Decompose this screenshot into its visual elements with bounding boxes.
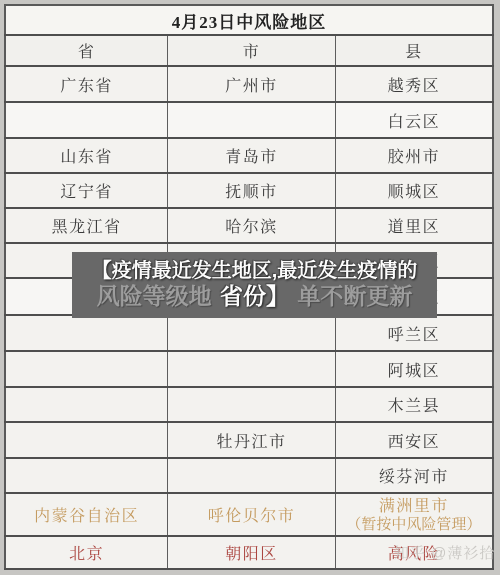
table-row: 木兰县 <box>5 387 493 422</box>
table-row: 黑龙江省 哈尔滨 道里区 <box>5 208 493 243</box>
county-name: 满洲里市 <box>336 497 492 517</box>
page-title: 4月23日中风险地区 <box>5 5 493 35</box>
caption-line2: 风险等级地 省份】 单不断更新 <box>97 283 413 311</box>
table-header-row: 省 市 县 <box>5 35 493 66</box>
cell-county: 越秀区 <box>335 66 493 102</box>
caption-line1: 【疫情最近发生地区,最近发生疫情的 <box>92 260 418 283</box>
table-row-inner-mongolia: 内蒙谷自治区 呼伦贝尔市 满洲里市 （暂按中风险管理） <box>5 493 493 536</box>
county-risk-note: （暂按中风险管理） <box>336 517 492 534</box>
table-row: 阿城区 <box>5 351 493 387</box>
caption-white: 省份】 <box>220 283 289 309</box>
table-row: 呼兰区 <box>5 315 493 351</box>
cell-province: 内蒙谷自治区 <box>5 493 168 536</box>
cell-county: 绥芬河市 <box>335 458 493 493</box>
caption-gray-left: 风险等级地 <box>97 283 212 309</box>
table-row: 绥芬河市 <box>5 458 493 493</box>
cell-province: 广东省 <box>5 66 168 102</box>
cell-province: 黑龙江省 <box>5 208 168 243</box>
column-header-county: 县 <box>335 35 493 66</box>
table-row: 山东省 青岛市 胶州市 <box>5 138 493 173</box>
cell-county: 呼兰区 <box>335 315 493 351</box>
cell-county: 阿城区 <box>335 351 493 387</box>
cell-province: 辽宁省 <box>5 173 168 208</box>
cell-province <box>5 387 168 422</box>
cell-province <box>5 102 168 138</box>
table-row: 牡丹江市 西安区 <box>5 422 493 458</box>
cell-province <box>5 458 168 493</box>
cell-city <box>168 387 336 422</box>
cell-county: 满洲里市 （暂按中风险管理） <box>335 493 493 536</box>
title-row: 4月23日中风险地区 <box>5 5 493 35</box>
caption-overlay: 【疫情最近发生地区,最近发生疫情的 风险等级地 省份】 单不断更新 <box>72 252 437 318</box>
cell-province <box>5 422 168 458</box>
caption-gray-right: 单不断更新 <box>297 283 412 309</box>
cell-city: 抚顺市 <box>168 173 336 208</box>
cell-province <box>5 315 168 351</box>
table-row: 白云区 <box>5 102 493 138</box>
cell-city: 哈尔滨 <box>168 208 336 243</box>
cell-county: 胶州市 <box>335 138 493 173</box>
cell-city: 牡丹江市 <box>168 422 336 458</box>
column-header-province: 省 <box>5 35 168 66</box>
cell-province: 山东省 <box>5 138 168 173</box>
cell-county: 木兰县 <box>335 387 493 422</box>
cell-province <box>5 351 168 387</box>
cell-city <box>168 351 336 387</box>
cell-county: 道里区 <box>335 208 493 243</box>
column-header-city: 市 <box>168 35 336 66</box>
cell-city <box>168 102 336 138</box>
table-row: 广东省 广州市 越秀区 <box>5 66 493 102</box>
cell-county: 白云区 <box>335 102 493 138</box>
cell-county: 顺城区 <box>335 173 493 208</box>
cell-city: 广州市 <box>168 66 336 102</box>
zhihu-watermark: 知乎 @薄衫拾茎 <box>394 542 500 563</box>
cell-city <box>168 458 336 493</box>
table-row: 辽宁省 抚顺市 顺城区 <box>5 173 493 208</box>
cell-province: 北京 <box>5 536 168 569</box>
cell-city: 呼伦贝尔市 <box>168 493 336 536</box>
cell-city <box>168 315 336 351</box>
cell-city: 朝阳区 <box>168 536 336 569</box>
cell-city: 青岛市 <box>168 138 336 173</box>
screenshot-root: 4月23日中风险地区 省 市 县 广东省 广州市 越秀区 白云区 山东省 青岛市… <box>0 0 500 575</box>
cell-county: 西安区 <box>335 422 493 458</box>
